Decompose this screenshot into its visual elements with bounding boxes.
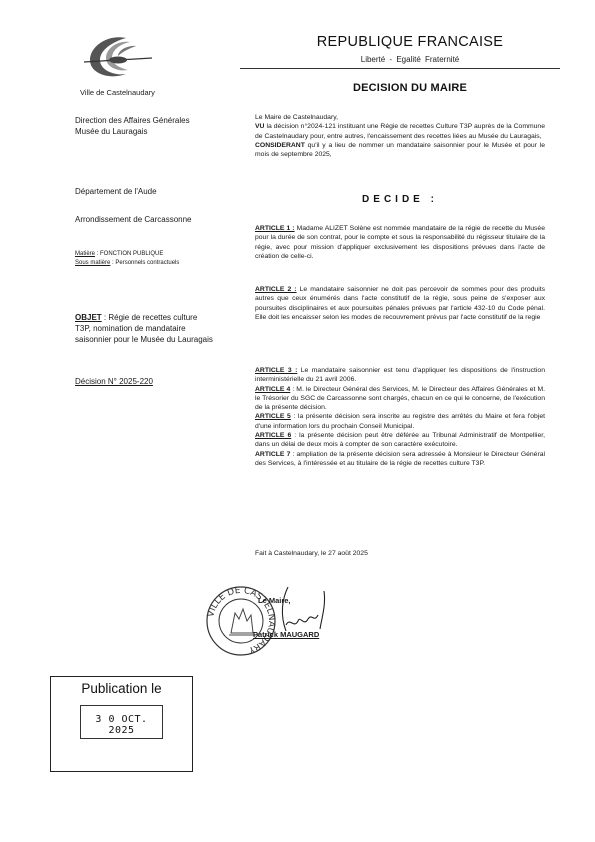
article-5: ARTICLE 5 : la présente décision sera in…	[255, 412, 545, 431]
article-5-text: : la présente décision sera inscrite au …	[255, 413, 545, 429]
direction-name: Direction des Affaires Générales	[75, 115, 245, 126]
article-7-label: ARTICLE 7	[255, 451, 290, 458]
decision-number: Décision N° 2025-220	[75, 377, 245, 386]
matiere-value: : FONCTION PUBLIQUE	[95, 251, 163, 257]
article-3-text: Le mandataire saisonnier est tenu d'appl…	[255, 367, 545, 383]
article-6-text: : la présente décision peut être déférée…	[255, 432, 545, 448]
preamble-vu: VU la décision n°2024-121 instituant une…	[255, 122, 545, 141]
place-date: Fait à Castelnaudary, le 27 août 2025	[255, 550, 368, 557]
header-divider	[240, 68, 560, 69]
objet-label: OBJET	[75, 313, 102, 322]
service-name: Musée du Lauragais	[75, 126, 245, 137]
matiere-line: Matière : FONCTION PUBLIQUE	[75, 250, 250, 259]
signatory-name: Patrick MAUGARD	[253, 630, 319, 639]
sous-matiere-label: Sous matière	[75, 260, 110, 266]
article-3: ARTICLE 3 : Le mandataire saisonnier est…	[255, 366, 545, 385]
publication-label: Publication le	[50, 681, 193, 696]
sous-matiere-value: : Personnels contractuels	[110, 260, 179, 266]
subject-matter: Matière : FONCTION PUBLIQUE Sous matière…	[75, 250, 250, 268]
decision-title: DECISION DU MAIRE	[290, 82, 530, 94]
article-1-label: ARTICLE 1 :	[255, 225, 295, 232]
article-5-label: ARTICLE 5	[255, 413, 291, 420]
article-4: ARTICLE 4 : M. le Directeur Général des …	[255, 385, 545, 413]
publication-date: 3 0 OCT. 2025	[80, 714, 163, 736]
object-block: OBJET : Régie de recettes culture T3P, n…	[75, 312, 215, 345]
logo-caption: Ville de Castelnaudary	[80, 88, 155, 97]
preamble-intro: Le Maire de Castelnaudary,	[255, 113, 545, 122]
preamble-considerant: CONSIDERANT qu'il y a lieu de nommer un …	[255, 141, 545, 160]
article-1: ARTICLE 1 : Madame ALIZET Solène est nom…	[255, 224, 545, 261]
articles-3-7: ARTICLE 3 : Le mandataire saisonnier est…	[255, 366, 545, 468]
matiere-label: Matière	[75, 251, 95, 257]
article-6: ARTICLE 6 : la présente décision peut êt…	[255, 431, 545, 450]
article-3-label: ARTICLE 3 :	[255, 367, 297, 374]
article-2: ARTICLE 2 : Le mandataire saisonnier ne …	[255, 285, 545, 322]
article-4-label: ARTICLE 4	[255, 386, 290, 393]
city-logo-icon	[78, 32, 158, 82]
city-logo	[78, 32, 158, 82]
republic-title: REPUBLIQUE FRANCAISE	[290, 34, 530, 50]
article-7: ARTICLE 7 : ampliation de la présente dé…	[255, 450, 545, 469]
article-1-text: Madame ALIZET Solène est nommée mandatai…	[255, 225, 545, 260]
article-4-text: : M. le Directeur Général des Services, …	[255, 386, 545, 412]
article-2-text: Le mandataire saisonnier ne doit pas per…	[255, 286, 545, 321]
sous-matiere-line: Sous matière : Personnels contractuels	[75, 259, 250, 268]
article-6-label: ARTICLE 6	[255, 432, 291, 439]
decide-heading: DECIDE :	[255, 194, 545, 205]
arrondissement: Arrondissement de Carcassonne	[75, 214, 245, 225]
preamble: Le Maire de Castelnaudary, VU la décisio…	[255, 113, 545, 159]
department: Département de l'Aude	[75, 186, 245, 197]
issuing-service: Direction des Affaires Générales Musée d…	[75, 115, 245, 137]
considerant-label: CONSIDERANT	[255, 142, 305, 149]
decision-number-text: Décision N° 2025-220	[75, 377, 153, 386]
article-2-label: ARTICLE 2 :	[255, 286, 297, 293]
article-7-text: : ampliation de la présente décision ser…	[255, 451, 545, 467]
vu-text: la décision n°2024-121 instituant une Ré…	[255, 123, 545, 139]
republic-motto: Liberté - Egalité Fraternité	[290, 55, 530, 64]
signatory-title: Le Maire,	[258, 596, 291, 605]
